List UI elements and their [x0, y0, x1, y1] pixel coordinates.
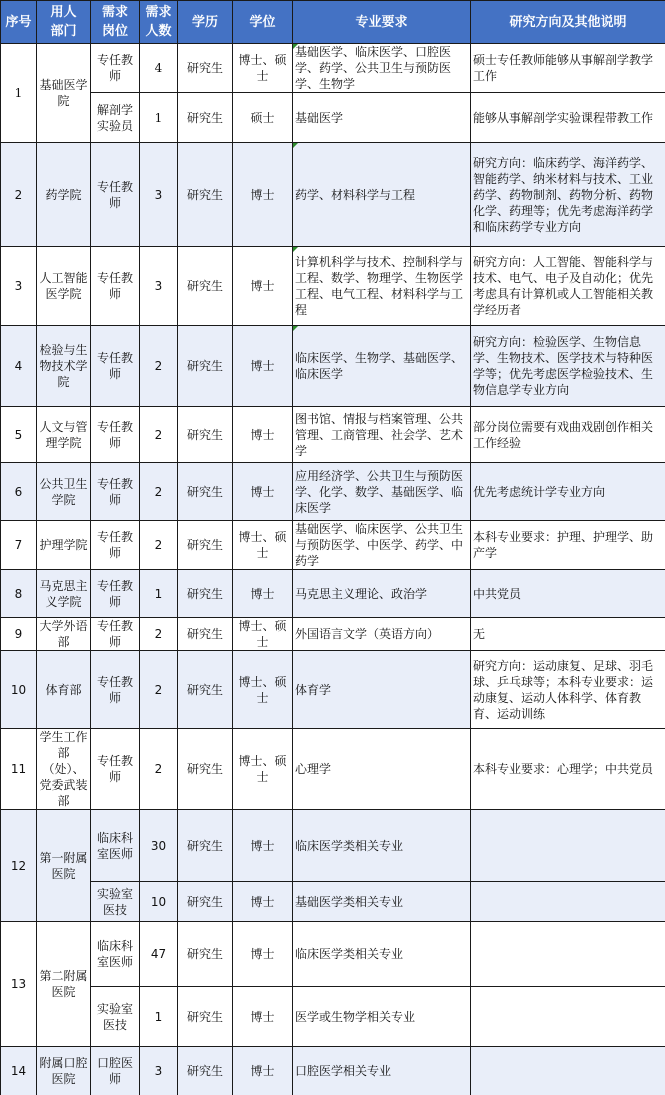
- cell-count: 1: [140, 570, 178, 618]
- cell-post: 专任教师: [91, 247, 140, 326]
- table-row: 2 药学院 专任教师 3 研究生 博士 药学、材料科学与工程 研究方向：临床药学…: [1, 143, 665, 247]
- cell-notes: [471, 922, 665, 987]
- cell-notes: 能够从事解剖学实验课程带教工作: [471, 93, 665, 143]
- cell-degree: 博士、硕士: [233, 618, 293, 651]
- cell-major: 图书馆、情报与档案管理、公共管理、工商管理、社会学、艺术学: [293, 407, 471, 463]
- cell-edu: 研究生: [178, 810, 233, 882]
- cell-post: 专任教师: [91, 618, 140, 651]
- cell-notes: [471, 987, 665, 1047]
- cell-edu: 研究生: [178, 618, 233, 651]
- cell-degree: 博士: [233, 882, 293, 922]
- cell-post: 专任教师: [91, 326, 140, 407]
- cell-notes: 部分岗位需要有戏曲戏剧创作相关工作经验: [471, 407, 665, 463]
- header-count: 需求人数: [140, 1, 178, 44]
- cell-post: 专任教师: [91, 44, 140, 93]
- cell-major: 口腔医学相关专业: [293, 1047, 471, 1095]
- cell-seq: 8: [1, 570, 37, 618]
- cell-notes: 优先考虑统计学专业方向: [471, 463, 665, 521]
- cell-dept: 检验与生物技术学院: [37, 326, 91, 407]
- cell-edu: 研究生: [178, 729, 233, 810]
- cell-dept: 大学外语部: [37, 618, 91, 651]
- cell-post: 解剖学实验员: [91, 93, 140, 143]
- cell-seq: 11: [1, 729, 37, 810]
- cell-count: 3: [140, 143, 178, 247]
- cell-major: 基础医学、临床医学、口腔医学、药学、公共卫生与预防医学、生物学: [293, 44, 471, 93]
- cell-dept: 体育部: [37, 651, 91, 729]
- header-post: 需求岗位: [91, 1, 140, 44]
- cell-count: 2: [140, 521, 178, 570]
- cell-dept: 附属口腔医院: [37, 1047, 91, 1095]
- cell-dept: 护理学院: [37, 521, 91, 570]
- table-row: 7 护理学院 专任教师 2 研究生 博士、硕士 基础医学、临床医学、公共卫生与预…: [1, 521, 665, 570]
- cell-edu: 研究生: [178, 143, 233, 247]
- cell-edu: 研究生: [178, 93, 233, 143]
- cell-edu: 研究生: [178, 521, 233, 570]
- cell-post: 专任教师: [91, 570, 140, 618]
- cell-degree: 博士: [233, 326, 293, 407]
- cell-edu: 研究生: [178, 570, 233, 618]
- cell-edu: 研究生: [178, 247, 233, 326]
- cell-major: 临床医学类相关专业: [293, 810, 471, 882]
- cell-notes: 研究方向：运动康复、足球、羽毛球、乒乓球等；本科专业要求：运动康复、运动人体科学…: [471, 651, 665, 729]
- table-row: 实验室医技 10 研究生 博士 基础医学类相关专业: [1, 882, 665, 922]
- cell-count: 2: [140, 463, 178, 521]
- header-dept: 用人部门: [37, 1, 91, 44]
- cell-major: 马克思主义理论、政治学: [293, 570, 471, 618]
- cell-major: 药学、材料科学与工程: [293, 143, 471, 247]
- cell-seq: 12: [1, 810, 37, 922]
- cell-post: 专任教师: [91, 729, 140, 810]
- cell-post: 专任教师: [91, 407, 140, 463]
- cell-degree: 博士、硕士: [233, 651, 293, 729]
- cell-major: 计算机科学与技术、控制科学与工程、数学、物理学、生物医学工程、电气工程、材料科学…: [293, 247, 471, 326]
- table-row: 1 基础医学院 专任教师 4 研究生 博士、硕士 基础医学、临床医学、口腔医学、…: [1, 44, 665, 93]
- cell-post: 实验室医技: [91, 987, 140, 1047]
- cell-degree: 博士: [233, 143, 293, 247]
- cell-degree: 博士: [233, 247, 293, 326]
- header-major: 专业要求: [293, 1, 471, 44]
- cell-notes: [471, 882, 665, 922]
- cell-seq: 6: [1, 463, 37, 521]
- cell-post: 专任教师: [91, 521, 140, 570]
- cell-edu: 研究生: [178, 463, 233, 521]
- cell-seq: 13: [1, 922, 37, 1047]
- cell-count: 2: [140, 326, 178, 407]
- cell-notes: 研究方向：临床药学、海洋药学、智能药学、纳米材料与技术、工业药学、药物制剂、药物…: [471, 143, 665, 247]
- table-row: 实验室医技 1 研究生 博士 医学或生物学相关专业: [1, 987, 665, 1047]
- cell-degree: 博士: [233, 987, 293, 1047]
- cell-edu: 研究生: [178, 44, 233, 93]
- cell-post: 实验室医技: [91, 882, 140, 922]
- cell-degree: 博士、硕士: [233, 729, 293, 810]
- cell-post: 专任教师: [91, 143, 140, 247]
- cell-notes: 研究方向：检验医学、生物信息学、生物技术、医学技术与特种医学等；优先考虑医学检验…: [471, 326, 665, 407]
- cell-count: 4: [140, 44, 178, 93]
- cell-notes: 研究方向：人工智能、智能科学与技术、电气、电子及自动化；优先考虑具有计算机或人工…: [471, 247, 665, 326]
- cell-seq: 5: [1, 407, 37, 463]
- cell-degree: 博士: [233, 570, 293, 618]
- cell-degree: 博士: [233, 922, 293, 987]
- table-row: 14 附属口腔医院 口腔医师 3 研究生 博士 口腔医学相关专业: [1, 1047, 665, 1095]
- cell-degree: 博士: [233, 407, 293, 463]
- header-degree: 学位: [233, 1, 293, 44]
- cell-count: 47: [140, 922, 178, 987]
- cell-dept: 马克思主义学院: [37, 570, 91, 618]
- cell-major: 基础医学类相关专业: [293, 882, 471, 922]
- table-row: 6 公共卫生学院 专任教师 2 研究生 博士 应用经济学、公共卫生与预防医学、化…: [1, 463, 665, 521]
- cell-dept: 人文与管理学院: [37, 407, 91, 463]
- table-row: 11 学生工作部（处）、党委武装部 专任教师 2 研究生 博士、硕士 心理学 本…: [1, 729, 665, 810]
- cell-major: 临床医学类相关专业: [293, 922, 471, 987]
- cell-count: 30: [140, 810, 178, 882]
- cell-count: 1: [140, 987, 178, 1047]
- cell-count: 3: [140, 1047, 178, 1095]
- cell-major: 基础医学、临床医学、公共卫生与预防医学、中医学、药学、中药学: [293, 521, 471, 570]
- cell-seq: 9: [1, 618, 37, 651]
- cell-major: 基础医学: [293, 93, 471, 143]
- cell-major: 心理学: [293, 729, 471, 810]
- cell-count: 2: [140, 407, 178, 463]
- cell-major: 外国语言文学（英语方向）: [293, 618, 471, 651]
- cell-degree: 博士: [233, 463, 293, 521]
- cell-seq: 4: [1, 326, 37, 407]
- cell-count: 2: [140, 618, 178, 651]
- cell-edu: 研究生: [178, 651, 233, 729]
- cell-major: 医学或生物学相关专业: [293, 987, 471, 1047]
- cell-major: 应用经济学、公共卫生与预防医学、化学、数学、基础医学、临床医学: [293, 463, 471, 521]
- cell-notes: 本科专业要求：心理学；中共党员: [471, 729, 665, 810]
- table-row: 解剖学实验员 1 研究生 硕士 基础医学 能够从事解剖学实验课程带教工作: [1, 93, 665, 143]
- cell-seq: 3: [1, 247, 37, 326]
- cell-notes: 无: [471, 618, 665, 651]
- cell-count: 1: [140, 93, 178, 143]
- table-row: 4 检验与生物技术学院 专任教师 2 研究生 博士 临床医学、生物学、基础医学、…: [1, 326, 665, 407]
- cell-major: 临床医学、生物学、基础医学、临床医学: [293, 326, 471, 407]
- cell-edu: 研究生: [178, 987, 233, 1047]
- cell-seq: 10: [1, 651, 37, 729]
- cell-edu: 研究生: [178, 1047, 233, 1095]
- comment-marker-icon: [293, 326, 298, 331]
- cell-notes: [471, 1047, 665, 1095]
- cell-count: 2: [140, 651, 178, 729]
- cell-notes: [471, 810, 665, 882]
- cell-dept: 第二附属医院: [37, 922, 91, 1047]
- cell-dept: 公共卫生学院: [37, 463, 91, 521]
- header-seq: 序号: [1, 1, 37, 44]
- cell-notes: 中共党员: [471, 570, 665, 618]
- comment-marker-icon: [293, 247, 298, 252]
- cell-edu: 研究生: [178, 326, 233, 407]
- cell-dept: 基础医学院: [37, 44, 91, 143]
- cell-edu: 研究生: [178, 407, 233, 463]
- cell-seq: 1: [1, 44, 37, 143]
- cell-count: 2: [140, 729, 178, 810]
- cell-edu: 研究生: [178, 922, 233, 987]
- table-row: 9 大学外语部 专任教师 2 研究生 博士、硕士 外国语言文学（英语方向） 无: [1, 618, 665, 651]
- table-row: 13 第二附属医院 临床科室医师 47 研究生 博士 临床医学类相关专业: [1, 922, 665, 987]
- cell-edu: 研究生: [178, 882, 233, 922]
- cell-post: 专任教师: [91, 651, 140, 729]
- cell-seq: 14: [1, 1047, 37, 1095]
- cell-degree: 硕士: [233, 93, 293, 143]
- header-row: 序号 用人部门 需求岗位 需求人数 学历 学位 专业要求 研究方向及其他说明: [1, 1, 665, 44]
- cell-notes: 本科专业要求：护理、护理学、助产学: [471, 521, 665, 570]
- cell-seq: 2: [1, 143, 37, 247]
- cell-degree: 博士: [233, 810, 293, 882]
- cell-post: 临床科室医师: [91, 922, 140, 987]
- cell-post: 口腔医师: [91, 1047, 140, 1095]
- recruitment-table: 序号 用人部门 需求岗位 需求人数 学历 学位 专业要求 研究方向及其他说明 1…: [0, 0, 665, 1095]
- cell-dept: 药学院: [37, 143, 91, 247]
- table-row: 12 第一附属医院 临床科室医师 30 研究生 博士 临床医学类相关专业: [1, 810, 665, 882]
- cell-degree: 博士、硕士: [233, 521, 293, 570]
- table-row: 5 人文与管理学院 专任教师 2 研究生 博士 图书馆、情报与档案管理、公共管理…: [1, 407, 665, 463]
- cell-degree: 博士: [233, 1047, 293, 1095]
- table-row: 8 马克思主义学院 专任教师 1 研究生 博士 马克思主义理论、政治学 中共党员: [1, 570, 665, 618]
- header-notes: 研究方向及其他说明: [471, 1, 665, 44]
- comment-marker-icon: [293, 143, 298, 148]
- cell-seq: 7: [1, 521, 37, 570]
- cell-dept: 第一附属医院: [37, 810, 91, 922]
- header-edu: 学历: [178, 1, 233, 44]
- cell-degree: 博士、硕士: [233, 44, 293, 93]
- table-row: 3 人工智能医学院 专任教师 3 研究生 博士 计算机科学与技术、控制科学与工程…: [1, 247, 665, 326]
- cell-major: 体育学: [293, 651, 471, 729]
- cell-notes: 硕士专任教师能够从事解剖学教学工作: [471, 44, 665, 93]
- table-row: 10 体育部 专任教师 2 研究生 博士、硕士 体育学 研究方向：运动康复、足球…: [1, 651, 665, 729]
- cell-post: 专任教师: [91, 463, 140, 521]
- cell-count: 10: [140, 882, 178, 922]
- cell-count: 3: [140, 247, 178, 326]
- comment-marker-icon: [293, 44, 298, 49]
- cell-post: 临床科室医师: [91, 810, 140, 882]
- cell-dept: 学生工作部（处）、党委武装部: [37, 729, 91, 810]
- cell-dept: 人工智能医学院: [37, 247, 91, 326]
